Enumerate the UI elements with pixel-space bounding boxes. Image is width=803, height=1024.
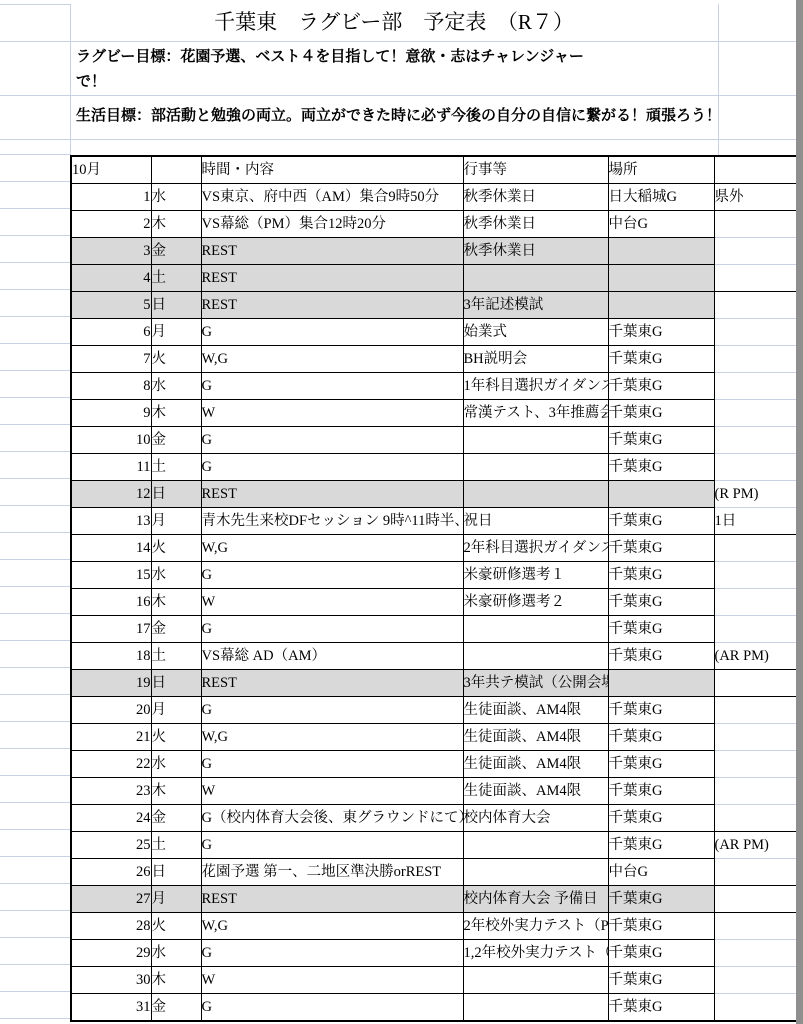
schedule-row: 20月G生徒面談、AM4限千葉東G [71,697,796,724]
cell-place-text: 千葉東G [609,837,663,853]
cell-event: 生徒面談、AM4限 [463,724,608,751]
cell-content: G [201,697,463,724]
cell-event: 常漢テスト、3年推薦会議 [463,400,608,427]
cell-content-text: G [202,567,212,583]
cell-event [463,454,608,481]
schedule-row: 17金G千葉東G [71,616,796,643]
schedule-row: 26日花園予選 第一、二地区準決勝orREST中台G [71,859,796,886]
cell-day-text: 金 [152,432,167,448]
cell-day-text: 水 [152,189,167,205]
cell-place-text: 千葉東G [609,621,663,637]
cell-date: 29 [71,940,151,967]
cell-content-text: W [202,594,216,610]
cell-place-text: 千葉東G [609,459,663,475]
cell-event: 2年科目選択ガイダンス [463,535,608,562]
cell-content-text: REST [202,270,237,286]
header-note [714,156,796,184]
cell-date: 27 [71,886,151,913]
cell-day: 金 [151,427,201,454]
cell-event-text: 校内体育大会 予備日 [464,891,598,907]
cell-date-text: 22 [136,756,151,772]
cell-date: 18 [71,643,151,670]
cell-content: W [201,589,463,616]
cell-day-text: 土 [152,837,167,853]
cell-place-text: 千葉東G [609,729,663,745]
cell-day: 月 [151,886,201,913]
cell-day: 金 [151,238,201,265]
cell-date-text: 1 [143,189,150,205]
cell-day: 火 [151,535,201,562]
cell-date-text: 9 [143,405,150,421]
cell-content: G [201,427,463,454]
cell-content-text: G [202,945,212,961]
cell-place: 千葉東G [608,724,714,751]
cell-note-text: (AR PM) [715,648,769,664]
header-row: 10月 時間・内容 行事等 場所 [71,156,796,184]
cell-place: 千葉東G [608,535,714,562]
cell-event-text: 秋季休業日 [464,189,537,205]
cell-date-text: 10 [136,432,151,448]
cell-day: 土 [151,265,201,292]
cell-date: 24 [71,805,151,832]
cell-event: 3年記述模試 [463,292,608,319]
cell-content-text: G [202,756,212,772]
cell-content: G [201,751,463,778]
cell-place-text: 中台G [609,216,648,232]
cell-date: 17 [71,616,151,643]
cell-date-text: 14 [136,540,151,556]
cell-place: 中台G [608,211,714,238]
cell-content: G [201,373,463,400]
cell-event: 2年校外実力テスト（PM） [463,913,608,940]
cell-place-text: 日大稲城G [609,189,677,205]
cell-content: REST [201,886,463,913]
cell-place: 千葉東G [608,886,714,913]
cell-event-text: 始業式 [464,324,508,340]
cell-date: 3 [71,238,151,265]
cell-date-text: 26 [136,864,151,880]
cell-place-text: 千葉東G [609,567,663,583]
cell-note: 県外 [714,184,796,211]
cell-note [714,670,796,697]
cell-place-text: 千葉東G [609,540,663,556]
cell-event-text: 生徒面談、AM4限 [464,783,582,799]
cell-content-text: W,G [202,729,228,745]
cell-content: VS幕総 AD（AM） [201,643,463,670]
cell-date-text: 16 [136,594,151,610]
cell-date-text: 18 [136,648,151,664]
cell-content-text: G [202,999,212,1015]
schedule-row: 27月REST校内体育大会 予備日千葉東G [71,886,796,913]
cell-event [463,832,608,859]
cell-event: 生徒面談、AM4限 [463,778,608,805]
cell-place-text: 千葉東G [609,918,663,934]
cell-date: 4 [71,265,151,292]
cell-content: G（校内体育大会後、東グラウンドにて） [201,805,463,832]
cell-date-text: 8 [143,378,150,394]
cell-place: 日大稲城G [608,184,714,211]
cell-content: W,G [201,535,463,562]
cell-day-text: 月 [152,324,167,340]
cell-content-text: REST [202,675,237,691]
cell-day: 土 [151,832,201,859]
cell-content: W,G [201,913,463,940]
cell-date-text: 5 [143,297,150,313]
header-day [151,156,201,184]
schedule-row: 9木W常漢テスト、3年推薦会議千葉東G [71,400,796,427]
schedule-row: 21火W,G生徒面談、AM4限千葉東G [71,724,796,751]
cell-day: 金 [151,805,201,832]
cell-place-text: 千葉東G [609,783,663,799]
cell-day-text: 火 [152,351,167,367]
cell-place: 千葉東G [608,400,714,427]
cell-note-text: 県外 [715,189,744,205]
schedule-row: 25土G千葉東G(AR PM) [71,832,796,859]
cell-content: G [201,994,463,1022]
cell-content: REST [201,670,463,697]
cell-date-text: 30 [136,972,151,988]
grid-hline [0,139,803,140]
cell-day: 月 [151,508,201,535]
cell-place: 千葉東G [608,967,714,994]
schedule-row: 5日REST3年記述模試 [71,292,796,319]
cell-note-text: 1日 [715,513,737,529]
cell-note [714,967,796,994]
cell-day-text: 水 [152,756,167,772]
cell-place-text: 千葉東G [609,324,663,340]
cell-event: 祝日 [463,508,608,535]
cell-event: 3年共テ模試（公開会場） [463,670,608,697]
schedule-document-page: 千葉東 ラグビー部 予定表 （R７） ラグビー目標：花園予選、ベスト４を目指して… [0,0,803,1024]
cell-day-text: 土 [152,459,167,475]
cell-content: G [201,562,463,589]
schedule-row: 11土G千葉東G [71,454,796,481]
schedule-row: 3金REST秋季休業日 [71,238,796,265]
left-margin-gridlines [0,155,70,1021]
cell-event-text: 秋季休業日 [464,243,537,259]
cell-date-text: 17 [136,621,151,637]
cell-note [714,346,796,373]
cell-date: 8 [71,373,151,400]
cell-note [714,913,796,940]
cell-event: 1年科目選択ガイダンス [463,373,608,400]
cell-day: 日 [151,859,201,886]
cell-day: 木 [151,400,201,427]
cell-content: VS幕総（PM）集合12時20分 [201,211,463,238]
cell-place-text: 千葉東G [609,432,663,448]
cell-content: G [201,832,463,859]
cell-content-text: REST [202,243,237,259]
life-goal-text: 生活目標：部活動と勉強の両立。両立ができた時に必ず今後の自分の自信に繋がる！頑張… [70,95,803,139]
cell-day-text: 金 [152,243,167,259]
cell-event: 校内体育大会 予備日 [463,886,608,913]
cell-date-text: 11 [137,459,151,475]
cell-content-text: G [202,459,212,475]
cell-date-text: 6 [143,324,150,340]
schedule-row: 23木W生徒面談、AM4限千葉東G [71,778,796,805]
cell-date-text: 3 [143,243,150,259]
cell-content: REST [201,265,463,292]
schedule-row: 6月G始業式千葉東G [71,319,796,346]
cell-event: 始業式 [463,319,608,346]
cell-day-text: 水 [152,945,167,961]
cell-place: 千葉東G [608,994,714,1022]
cell-event-text: 米豪研修選考１ [464,567,566,583]
cell-content: G [201,940,463,967]
cell-date: 9 [71,400,151,427]
schedule-table: 10月 時間・内容 行事等 場所 1水VS東京、府中西（AM）集合9時50分秋季… [70,155,797,1022]
cell-content: 青木先生来校DFセッション 9時^11時半、ポジ12時から15時 [201,508,463,535]
rugby-goal-text: ラグビー目標：花園予選、ベスト４を目指して！意欲・志はチャレンジャー で！ [70,41,736,99]
cell-day: 金 [151,994,201,1022]
cell-date-text: 24 [136,810,151,826]
cell-day-text: 火 [152,918,167,934]
cell-date: 2 [71,211,151,238]
cell-content-text: G [202,324,212,340]
cell-place-text: 千葉東G [609,351,663,367]
cell-event-text: 常漢テスト、3年推薦会議 [464,405,609,421]
cell-content-text: W,G [202,918,228,934]
cell-place: 千葉東G [608,751,714,778]
cell-place-text: 千葉東G [609,594,663,610]
cell-day-text: 金 [152,621,167,637]
cell-place [608,238,714,265]
cell-content-text: G [202,837,212,853]
cell-note [714,400,796,427]
cell-date: 7 [71,346,151,373]
schedule-row: 1水VS東京、府中西（AM）集合9時50分秋季休業日日大稲城G県外 [71,184,796,211]
cell-content-text: VS幕総 AD（AM） [202,648,326,664]
cell-note: (R PM) [714,481,796,508]
cell-day: 火 [151,346,201,373]
cell-day: 日 [151,670,201,697]
cell-day-text: 木 [152,405,167,421]
schedule-row: 12日REST(R PM) [71,481,796,508]
cell-date: 5 [71,292,151,319]
cell-place [608,481,714,508]
cell-day: 日 [151,292,201,319]
cell-day: 水 [151,184,201,211]
cell-place-text: 千葉東G [609,378,663,394]
cell-date: 31 [71,994,151,1022]
cell-date-text: 31 [136,999,151,1015]
schedule-row: 28火W,G2年校外実力テスト（PM）千葉東G [71,913,796,940]
cell-event [463,859,608,886]
cell-date: 25 [71,832,151,859]
grid-hline [0,4,70,5]
header-event: 行事等 [463,156,608,184]
cell-place-text: 千葉東G [609,945,663,961]
cell-event-text: 3年共テ模試（公開会場） [464,675,609,691]
cell-event-text: 祝日 [464,513,493,529]
cell-place [608,292,714,319]
schedule-row: 31金G千葉東G [71,994,796,1022]
cell-event-text: 秋季休業日 [464,216,537,232]
cell-day-text: 水 [152,378,167,394]
cell-note [714,940,796,967]
cell-note [714,211,796,238]
cell-place: 千葉東G [608,373,714,400]
cell-date: 22 [71,751,151,778]
cell-note [714,697,796,724]
cell-place: 千葉東G [608,346,714,373]
cell-content: W [201,778,463,805]
cell-place: 千葉東G [608,427,714,454]
cell-content: W,G [201,346,463,373]
cell-content-text: G [202,432,212,448]
cell-content: G [201,454,463,481]
cell-note: 1日 [714,508,796,535]
cell-note [714,562,796,589]
cell-date: 13 [71,508,151,535]
cell-place: 千葉東G [608,832,714,859]
cell-event: 秋季休業日 [463,211,608,238]
cell-note [714,265,796,292]
cell-date: 21 [71,724,151,751]
cell-content-text: W [202,405,216,421]
cell-date-text: 20 [136,702,151,718]
cell-place: 千葉東G [608,805,714,832]
cell-place-text: 千葉東G [609,810,663,826]
cell-date: 26 [71,859,151,886]
cell-event [463,994,608,1022]
cell-event-text: 生徒面談、AM4限 [464,702,582,718]
cell-content-text: W [202,972,216,988]
cell-place: 千葉東G [608,913,714,940]
cell-place-text: 千葉東G [609,891,663,907]
cell-content: VS東京、府中西（AM）集合9時50分 [201,184,463,211]
cell-content: W [201,400,463,427]
cell-event-text: 生徒面談、AM4限 [464,756,582,772]
cell-date: 11 [71,454,151,481]
cell-event [463,427,608,454]
page-edge-shadow [796,0,803,1024]
cell-event [463,643,608,670]
page-title: 千葉東 ラグビー部 予定表 （R７） [70,4,718,41]
schedule-row: 13月青木先生来校DFセッション 9時^11時半、ポジ12時から15時祝日千葉東… [71,508,796,535]
cell-event-text: 米豪研修選考２ [464,594,566,610]
cell-place: 千葉東G [608,508,714,535]
cell-note [714,859,796,886]
cell-place-text: 千葉東G [609,405,663,421]
cell-date: 23 [71,778,151,805]
schedule-row: 7火W,GBH説明会千葉東G [71,346,796,373]
cell-event-text: 1年科目選択ガイダンス [464,378,609,394]
schedule-row: 19日REST3年共テ模試（公開会場） [71,670,796,697]
cell-note [714,751,796,778]
schedule-row: 18土VS幕総 AD（AM）千葉東G(AR PM) [71,643,796,670]
cell-content-text: G [202,378,212,394]
header-content: 時間・内容 [201,156,463,184]
schedule-row: 4土REST [71,265,796,292]
cell-content-text: W [202,783,216,799]
schedule-row: 16木W米豪研修選考２千葉東G [71,589,796,616]
cell-content-text: W,G [202,351,228,367]
cell-event: 生徒面談、AM4限 [463,697,608,724]
cell-note [714,886,796,913]
cell-day: 火 [151,724,201,751]
cell-content-text: G（校内体育大会後、東グラウンドにて） [202,810,464,826]
cell-place: 千葉東G [608,940,714,967]
cell-place: 中台G [608,859,714,886]
cell-content-text: W,G [202,540,228,556]
cell-day-text: 日 [152,486,167,502]
cell-note: (AR PM) [714,832,796,859]
cell-place-text: 千葉東G [609,972,663,988]
cell-date-text: 21 [136,729,151,745]
cell-day-text: 日 [152,297,167,313]
cell-date-text: 15 [136,567,151,583]
cell-event [463,265,608,292]
cell-day: 木 [151,967,201,994]
cell-note [714,589,796,616]
cell-event-text: 1,2年校外実力テスト（PM） [464,945,609,961]
cell-place [608,265,714,292]
cell-day-text: 月 [152,702,167,718]
cell-content: W [201,967,463,994]
cell-date: 14 [71,535,151,562]
cell-date-text: 13 [136,513,151,529]
cell-note-text: (R PM) [715,486,759,502]
cell-content-text: VS東京、府中西（AM）集合9時50分 [202,189,440,205]
cell-event [463,616,608,643]
cell-content: W,G [201,724,463,751]
cell-event: 生徒面談、AM4限 [463,751,608,778]
cell-event [463,481,608,508]
cell-content-text: VS幕総（PM）集合12時20分 [202,216,387,232]
cell-date: 10 [71,427,151,454]
cell-place-text: 千葉東G [609,513,663,529]
cell-note [714,319,796,346]
cell-day: 水 [151,751,201,778]
schedule-row: 29水G1,2年校外実力テスト（PM）千葉東G [71,940,796,967]
cell-place: 千葉東G [608,616,714,643]
header-month: 10月 [71,156,151,184]
cell-date-text: 27 [136,891,151,907]
cell-place: 千葉東G [608,562,714,589]
cell-content-text: G [202,702,212,718]
cell-note [714,454,796,481]
cell-event: 1,2年校外実力テスト（PM） [463,940,608,967]
cell-day: 木 [151,211,201,238]
cell-event-text: 生徒面談、AM4限 [464,729,582,745]
cell-place-text: 千葉東G [609,648,663,664]
cell-place: 千葉東G [608,643,714,670]
cell-content-text: 青木先生来校DFセッション 9時^11時半、ポジ12時から15時 [202,513,464,529]
cell-day-text: 火 [152,729,167,745]
cell-event-text: 2年校外実力テスト（PM） [464,918,609,934]
cell-day-text: 月 [152,891,167,907]
cell-date-text: 25 [136,837,151,853]
cell-place: 千葉東G [608,589,714,616]
cell-place-text: 千葉東G [609,702,663,718]
cell-day: 木 [151,589,201,616]
cell-day-text: 木 [152,594,167,610]
cell-date-text: 19 [136,675,151,691]
cell-content: REST [201,238,463,265]
cell-note [714,427,796,454]
cell-note [714,238,796,265]
schedule-row: 2木VS幕総（PM）集合12時20分秋季休業日中台G [71,211,796,238]
cell-date: 6 [71,319,151,346]
schedule-header: 10月 時間・内容 行事等 場所 [71,156,796,184]
cell-place: 千葉東G [608,319,714,346]
cell-day-text: 日 [152,675,167,691]
schedule-row: 22水G生徒面談、AM4限千葉東G [71,751,796,778]
cell-day-text: 月 [152,513,167,529]
cell-date-text: 4 [143,270,150,286]
cell-day: 土 [151,454,201,481]
